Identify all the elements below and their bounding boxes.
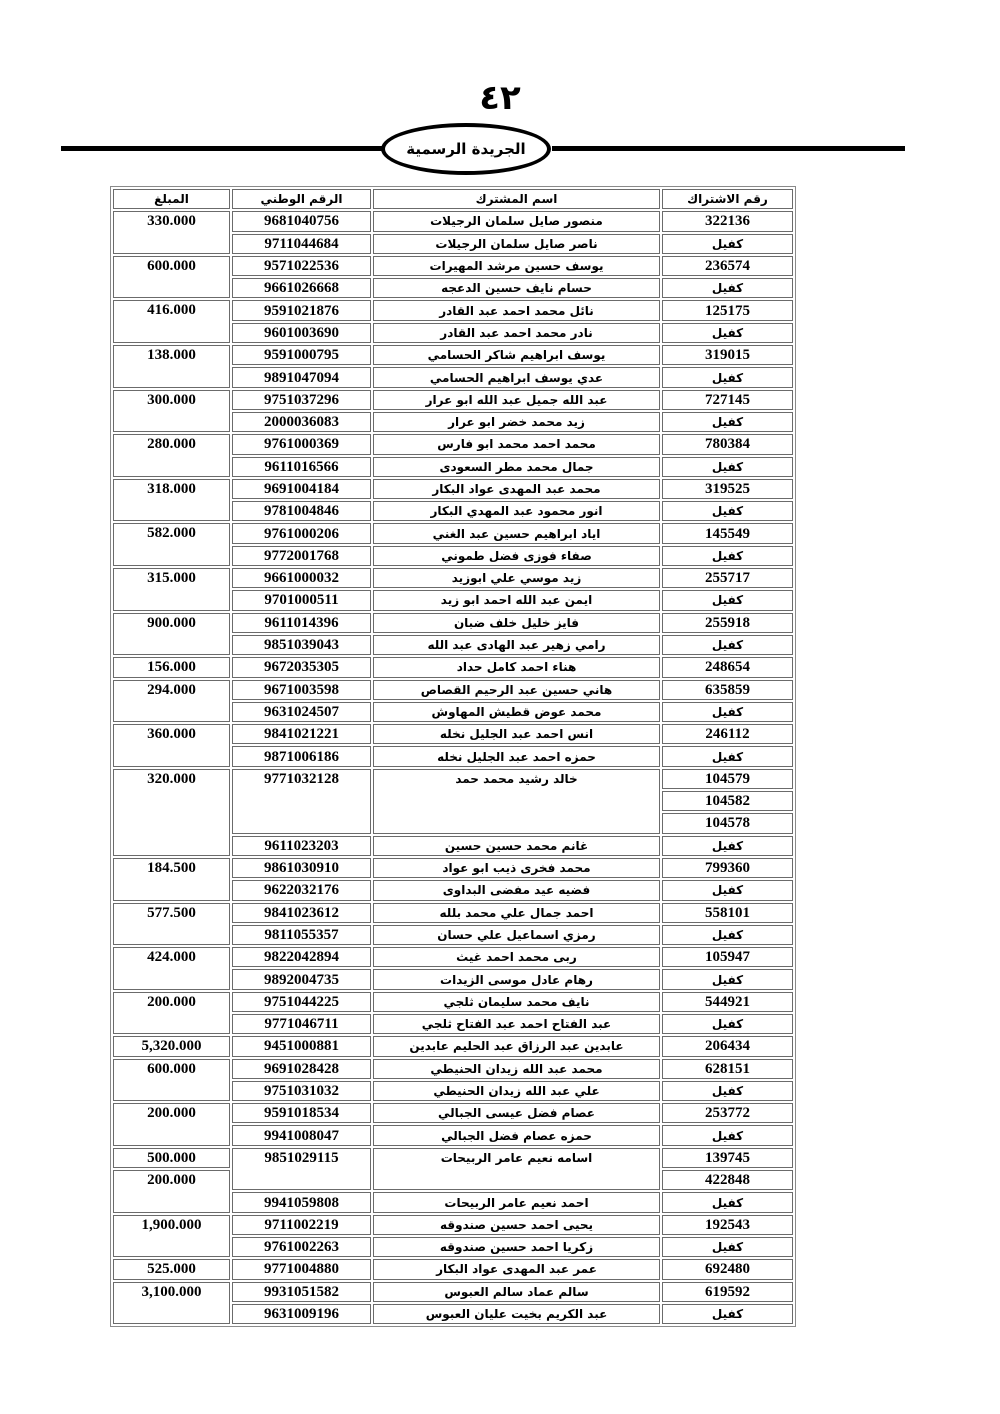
header-amount: المبلغ <box>113 189 230 209</box>
national-id-cell: 9892004735 <box>232 969 371 989</box>
table-row: 692480عمر عبد المهدى عواد البكار97710048… <box>113 1259 793 1279</box>
subscription-no-cell: كفيل <box>662 969 793 989</box>
national-id-cell: 9811055357 <box>232 925 371 945</box>
subscriber-name-cell: محمد عبد المهدى عواد البكار <box>373 479 660 499</box>
table-row: 145549اياد ابراهيم حسين عبد الغني9761000… <box>113 523 793 543</box>
subscription-no-cell: كفيل <box>662 746 793 766</box>
subscriber-name-cell: رامي زهير عبد الهادى عبد الله <box>373 635 660 655</box>
amount-cell: 200.000 <box>113 1170 230 1213</box>
national-id-cell: 9851039043 <box>232 635 371 655</box>
table-row: 635859هاني حسين عبد الرحيم القصاص9671003… <box>113 680 793 700</box>
subscription-no-cell: كفيل <box>662 1081 793 1101</box>
table-row: 246112انس احمد عبد الجليل نخله9841021221… <box>113 724 793 744</box>
subscriber-name-cell: فايز خليل خلف ضبان <box>373 613 660 633</box>
national-id-cell: 9751037296 <box>232 390 371 410</box>
table-header-row: رقم الاشتراك اسم المشترك الرقم الوطني ال… <box>113 189 793 209</box>
subscriber-name-cell: زيد محمد خضر ابو عرار <box>373 412 660 432</box>
subscriber-name-cell: يوسف حسين مرشد المهيرات <box>373 256 660 276</box>
national-id-cell: 9841021221 <box>232 724 371 744</box>
subscription-no-cell: كفيل <box>662 635 793 655</box>
subscriber-name-cell: ايمن عبد الله احمد ابو زيد <box>373 590 660 610</box>
subscriber-name-cell: رهام عادل موسى الزيدات <box>373 969 660 989</box>
subscription-no-cell: كفيل <box>662 546 793 566</box>
table-row: 206434عابدين عبد الرزاق عبد الحليم عابدي… <box>113 1036 793 1056</box>
national-id-cell: 9771046711 <box>232 1014 371 1034</box>
amount-cell: 5,320.000 <box>113 1036 230 1056</box>
subscription-no-cell: 799360 <box>662 858 793 878</box>
subscription-no-cell: 319525 <box>662 479 793 499</box>
amount-cell: 600.000 <box>113 1059 230 1102</box>
subscriber-name-cell: انور محمود عبد المهدي البكار <box>373 501 660 521</box>
national-id-cell: 9771004880 <box>232 1259 371 1279</box>
header-rule-right <box>552 146 905 151</box>
subscriber-name-cell: علي عبد الله زيدان الحنيطي <box>373 1081 660 1101</box>
subscription-no-cell: كفيل <box>662 1125 793 1145</box>
subscription-no-cell: 248654 <box>662 657 793 677</box>
national-id-cell: 9761002263 <box>232 1237 371 1257</box>
amount-cell: 360.000 <box>113 724 230 767</box>
subscriber-name-cell: يحيى احمد حسين صندوقه <box>373 1215 660 1235</box>
subscriber-name-cell: عابدين عبد الرزاق عبد الحليم عابدين <box>373 1036 660 1056</box>
amount-cell: 600.000 <box>113 256 230 299</box>
subscribers-table-container: رقم الاشتراك اسم المشترك الرقم الوطني ال… <box>110 186 790 1327</box>
subscription-no-cell: كفيل <box>662 836 793 856</box>
table-row: 255918فايز خليل خلف ضبان9611014396900.00… <box>113 613 793 633</box>
subscriber-name-cell: منصور صايل سلمان الرجيلات <box>373 211 660 231</box>
amount-cell: 320.000 <box>113 769 230 856</box>
national-id-cell: 9601003690 <box>232 323 371 343</box>
subscriber-name-cell: صفاء فوزى فضل طموني <box>373 546 660 566</box>
subscription-no-cell: 145549 <box>662 523 793 543</box>
national-id-cell: 9771032128 <box>232 769 371 834</box>
table-body: 322136منصور صايل سلمان الرجيلات968104075… <box>113 211 793 1324</box>
subscription-no-cell: كفيل <box>662 501 793 521</box>
subscriber-name-cell: خالد رشيد محمد حمد <box>373 769 660 834</box>
header-subscriber-name: اسم المشترك <box>373 189 660 209</box>
table-row: 322136منصور صايل سلمان الرجيلات968104075… <box>113 211 793 231</box>
table-row: 544921نايف محمد سليمان ثلجي9751044225200… <box>113 992 793 1012</box>
national-id-cell: 9931051582 <box>232 1282 371 1302</box>
table-row: 799360محمد فخرى ذيب ابو عواد986103091018… <box>113 858 793 878</box>
subscriber-name-cell: زكريا احمد حسين صندوقه <box>373 1237 660 1257</box>
subscription-no-cell: 635859 <box>662 680 793 700</box>
national-id-cell: 9631009196 <box>232 1304 371 1324</box>
table-row: 255717زيد موسي علي ابوزيد9661000032315.0… <box>113 568 793 588</box>
subscription-no-cell: كفيل <box>662 702 793 722</box>
national-id-cell: 9571022536 <box>232 256 371 276</box>
subscription-no-cell: كفيل <box>662 1014 793 1034</box>
table-row: 125175نائل محمد احمد عبد القادر959102187… <box>113 300 793 320</box>
national-id-cell: 9701000511 <box>232 590 371 610</box>
table-row: 619592سالم عماد سالم العبوس99310515823,1… <box>113 1282 793 1302</box>
subscription-no-cell: كفيل <box>662 1237 793 1257</box>
table-row: 104579خالد رشيد محمد حمد9771032128320.00… <box>113 769 793 789</box>
national-id-cell: 9751031032 <box>232 1081 371 1101</box>
table-row: 192543يحيى احمد حسين صندوقه97110022191,9… <box>113 1215 793 1235</box>
table-row: 105947ربى محمد احمد غيث9822042894424.000 <box>113 947 793 967</box>
subscription-no-cell: 544921 <box>662 992 793 1012</box>
subscriber-name-cell: رمزي اسماعيل علي حسان <box>373 925 660 945</box>
national-id-cell: 9672035305 <box>232 657 371 677</box>
national-id-cell: 9691004184 <box>232 479 371 499</box>
page-number: ٤٢ <box>0 78 1000 118</box>
national-id-cell: 9941059808 <box>232 1192 371 1212</box>
subscriber-name-cell: ربى محمد احمد غيث <box>373 947 660 967</box>
subscriber-name-cell: فضيه عيد مفضى البداوى <box>373 880 660 900</box>
subscription-no-cell: كفيل <box>662 323 793 343</box>
amount-cell: 577.500 <box>113 903 230 946</box>
table-row: 236574يوسف حسين مرشد المهيرات95710225366… <box>113 256 793 276</box>
national-id-cell: 9591018534 <box>232 1103 371 1123</box>
amount-cell: 156.000 <box>113 657 230 677</box>
national-id-cell: 9611016566 <box>232 457 371 477</box>
subscriber-name-cell: عدي يوسف ابراهيم الحسامي <box>373 367 660 387</box>
table-row: 319525محمد عبد المهدى عواد البكار9691004… <box>113 479 793 499</box>
national-id-cell: 9622032176 <box>232 880 371 900</box>
subscriber-name-cell: عصام فضل عيسى الجبالي <box>373 1103 660 1123</box>
subscriber-name-cell: نايف محمد سليمان ثلجي <box>373 992 660 1012</box>
amount-cell: 330.000 <box>113 211 230 254</box>
header-rule-left <box>61 146 385 151</box>
table-row: 727145عبد الله جميل عبد الله ابو عرار975… <box>113 390 793 410</box>
amount-cell: 525.000 <box>113 1259 230 1279</box>
subscriber-name-cell: حمزه احمد عبد الجليل نخله <box>373 746 660 766</box>
subscription-no-cell: 727145 <box>662 390 793 410</box>
subscriber-name-cell: نادر محمد احمد عبد القادر <box>373 323 660 343</box>
subscriber-name-cell: ناصر صايل سلمان الرجيلات <box>373 234 660 254</box>
amount-cell: 1,900.000 <box>113 1215 230 1258</box>
subscriber-name-cell: احمد جمال علي محمد بلله <box>373 903 660 923</box>
subscription-no-cell: كفيل <box>662 1304 793 1324</box>
subscription-no-cell: 246112 <box>662 724 793 744</box>
amount-cell: 416.000 <box>113 300 230 343</box>
national-id-cell: 9841023612 <box>232 903 371 923</box>
subscription-no-cell: كفيل <box>662 234 793 254</box>
subscriber-name-cell: محمد فخرى ذيب ابو عواد <box>373 858 660 878</box>
subscribers-table: رقم الاشتراك اسم المشترك الرقم الوطني ال… <box>110 186 796 1327</box>
national-id-cell: 9851029115 <box>232 1148 371 1191</box>
subscriber-name-cell: عمر عبد المهدى عواد البكار <box>373 1259 660 1279</box>
subscriber-name-cell: حسام نايف حسين الدعجه <box>373 278 660 298</box>
subscription-no-cell: كفيل <box>662 412 793 432</box>
national-id-cell: 9591000795 <box>232 345 371 365</box>
national-id-cell: 9751044225 <box>232 992 371 1012</box>
subscription-no-cell: 104579 <box>662 769 793 789</box>
subscriber-name-cell: عبد الفتاح احمد عبد الفتاح ثلجي <box>373 1014 660 1034</box>
national-id-cell: 9661000032 <box>232 568 371 588</box>
amount-cell: 582.000 <box>113 523 230 566</box>
national-id-cell: 9761000369 <box>232 434 371 454</box>
national-id-cell: 9711044684 <box>232 234 371 254</box>
national-id-cell: 9891047094 <box>232 367 371 387</box>
subscription-no-cell: 192543 <box>662 1215 793 1235</box>
table-row: 319015يوسف ابراهيم شاكر الحسامي959100079… <box>113 345 793 365</box>
amount-cell: 500.000 <box>113 1148 230 1168</box>
national-id-cell: 9611023203 <box>232 836 371 856</box>
subscriber-name-cell: انس احمد عبد الجليل نخله <box>373 724 660 744</box>
subscription-no-cell: 206434 <box>662 1036 793 1056</box>
national-id-cell: 2000036083 <box>232 412 371 432</box>
subscription-no-cell: 104582 <box>662 791 793 811</box>
subscriber-name-cell: محمد احمد محمد ابو فارس <box>373 434 660 454</box>
subscription-no-cell: 619592 <box>662 1282 793 1302</box>
subscriber-name-cell: عبد الكريم بخيت عليان العبوس <box>373 1304 660 1324</box>
national-id-cell: 9861030910 <box>232 858 371 878</box>
table-row: 558101احمد جمال علي محمد بلله98410236125… <box>113 903 793 923</box>
national-id-cell: 9822042894 <box>232 947 371 967</box>
national-id-cell: 9941008047 <box>232 1125 371 1145</box>
subscription-no-cell: كفيل <box>662 1192 793 1212</box>
subscription-no-cell: 139745 <box>662 1148 793 1168</box>
amount-cell: 900.000 <box>113 613 230 656</box>
subscriber-name-cell: محمد عبد الله زيدان الحنيطي <box>373 1059 660 1079</box>
amount-cell: 315.000 <box>113 568 230 611</box>
subscriber-name-cell: اسامه نعيم عامر الربيحات <box>373 1148 660 1191</box>
table-row: 253772عصام فضل عيسى الجبالي9591018534200… <box>113 1103 793 1123</box>
amount-cell: 138.000 <box>113 345 230 388</box>
national-id-cell: 9761000206 <box>232 523 371 543</box>
subscription-no-cell: كفيل <box>662 880 793 900</box>
subscriber-name-cell: اياد ابراهيم حسين عبد الغني <box>373 523 660 543</box>
subscriber-name-cell: غانم محمد حسين حسين <box>373 836 660 856</box>
subscriber-name-cell: هاني حسين عبد الرحيم القصاص <box>373 680 660 700</box>
subscription-no-cell: 125175 <box>662 300 793 320</box>
amount-cell: 200.000 <box>113 992 230 1035</box>
subscriber-name-cell: محمد عوض قطيش المهاوش <box>373 702 660 722</box>
subscription-no-cell: 253772 <box>662 1103 793 1123</box>
amount-cell: 200.000 <box>113 1103 230 1146</box>
subscriber-name-cell: يوسف ابراهيم شاكر الحسامي <box>373 345 660 365</box>
subscription-no-cell: 692480 <box>662 1259 793 1279</box>
national-id-cell: 9871006186 <box>232 746 371 766</box>
header-subscription-no: رقم الاشتراك <box>662 189 793 209</box>
amount-cell: 3,100.000 <box>113 1282 230 1325</box>
amount-cell: 300.000 <box>113 390 230 433</box>
subscription-no-cell: كفيل <box>662 590 793 610</box>
national-id-cell: 9671003598 <box>232 680 371 700</box>
table-row: 139745اسامه نعيم عامر الربيحات9851029115… <box>113 1148 793 1168</box>
subscriber-name-cell: نائل محمد احمد عبد القادر <box>373 300 660 320</box>
amount-cell: 294.000 <box>113 680 230 723</box>
subscriber-name-cell: عبد الله جميل عبد الله ابو عرار <box>373 390 660 410</box>
subscriber-name-cell: زيد موسي علي ابوزيد <box>373 568 660 588</box>
subscription-no-cell: 104578 <box>662 813 793 833</box>
subscription-no-cell: كفيل <box>662 457 793 477</box>
subscription-no-cell: 628151 <box>662 1059 793 1079</box>
subscriber-name-cell: حمزه عصام فضل الجبالي <box>373 1125 660 1145</box>
publication-title: الجريدة الرسمية <box>406 140 525 158</box>
national-id-cell: 9591021876 <box>232 300 371 320</box>
national-id-cell: 9711002219 <box>232 1215 371 1235</box>
subscription-no-cell: 255918 <box>662 613 793 633</box>
amount-cell: 184.500 <box>113 858 230 901</box>
header-national-id: الرقم الوطني <box>232 189 371 209</box>
national-id-cell: 9691028428 <box>232 1059 371 1079</box>
subscriber-name-cell: جمال محمد مطر السعودى <box>373 457 660 477</box>
subscription-no-cell: 255717 <box>662 568 793 588</box>
subscription-no-cell: 558101 <box>662 903 793 923</box>
subscription-no-cell: كفيل <box>662 278 793 298</box>
national-id-cell: 9611014396 <box>232 613 371 633</box>
publication-title-oval: الجريدة الرسمية <box>381 123 551 175</box>
amount-cell: 280.000 <box>113 434 230 477</box>
amount-cell: 318.000 <box>113 479 230 522</box>
national-id-cell: 9451000881 <box>232 1036 371 1056</box>
table-row: 248654هناء احمد كامل حداد9672035305156.0… <box>113 657 793 677</box>
table-row: 780384محمد احمد محمد ابو فارس97610003692… <box>113 434 793 454</box>
subscription-no-cell: 236574 <box>662 256 793 276</box>
national-id-cell: 9772001768 <box>232 546 371 566</box>
national-id-cell: 9781004846 <box>232 501 371 521</box>
subscription-no-cell: 105947 <box>662 947 793 967</box>
amount-cell: 424.000 <box>113 947 230 990</box>
subscription-no-cell: 780384 <box>662 434 793 454</box>
subscription-no-cell: كفيل <box>662 925 793 945</box>
subscription-no-cell: 319015 <box>662 345 793 365</box>
subscriber-name-cell: سالم عماد سالم العبوس <box>373 1282 660 1302</box>
national-id-cell: 9631024507 <box>232 702 371 722</box>
subscriber-name-cell: احمد نعيم عامر الربيحات <box>373 1192 660 1212</box>
national-id-cell: 9661026668 <box>232 278 371 298</box>
table-row: 628151محمد عبد الله زيدان الحنيطي9691028… <box>113 1059 793 1079</box>
subscriber-name-cell: هناء احمد كامل حداد <box>373 657 660 677</box>
subscription-no-cell: 322136 <box>662 211 793 231</box>
subscription-no-cell: 422848 <box>662 1170 793 1190</box>
subscription-no-cell: كفيل <box>662 367 793 387</box>
national-id-cell: 9681040756 <box>232 211 371 231</box>
